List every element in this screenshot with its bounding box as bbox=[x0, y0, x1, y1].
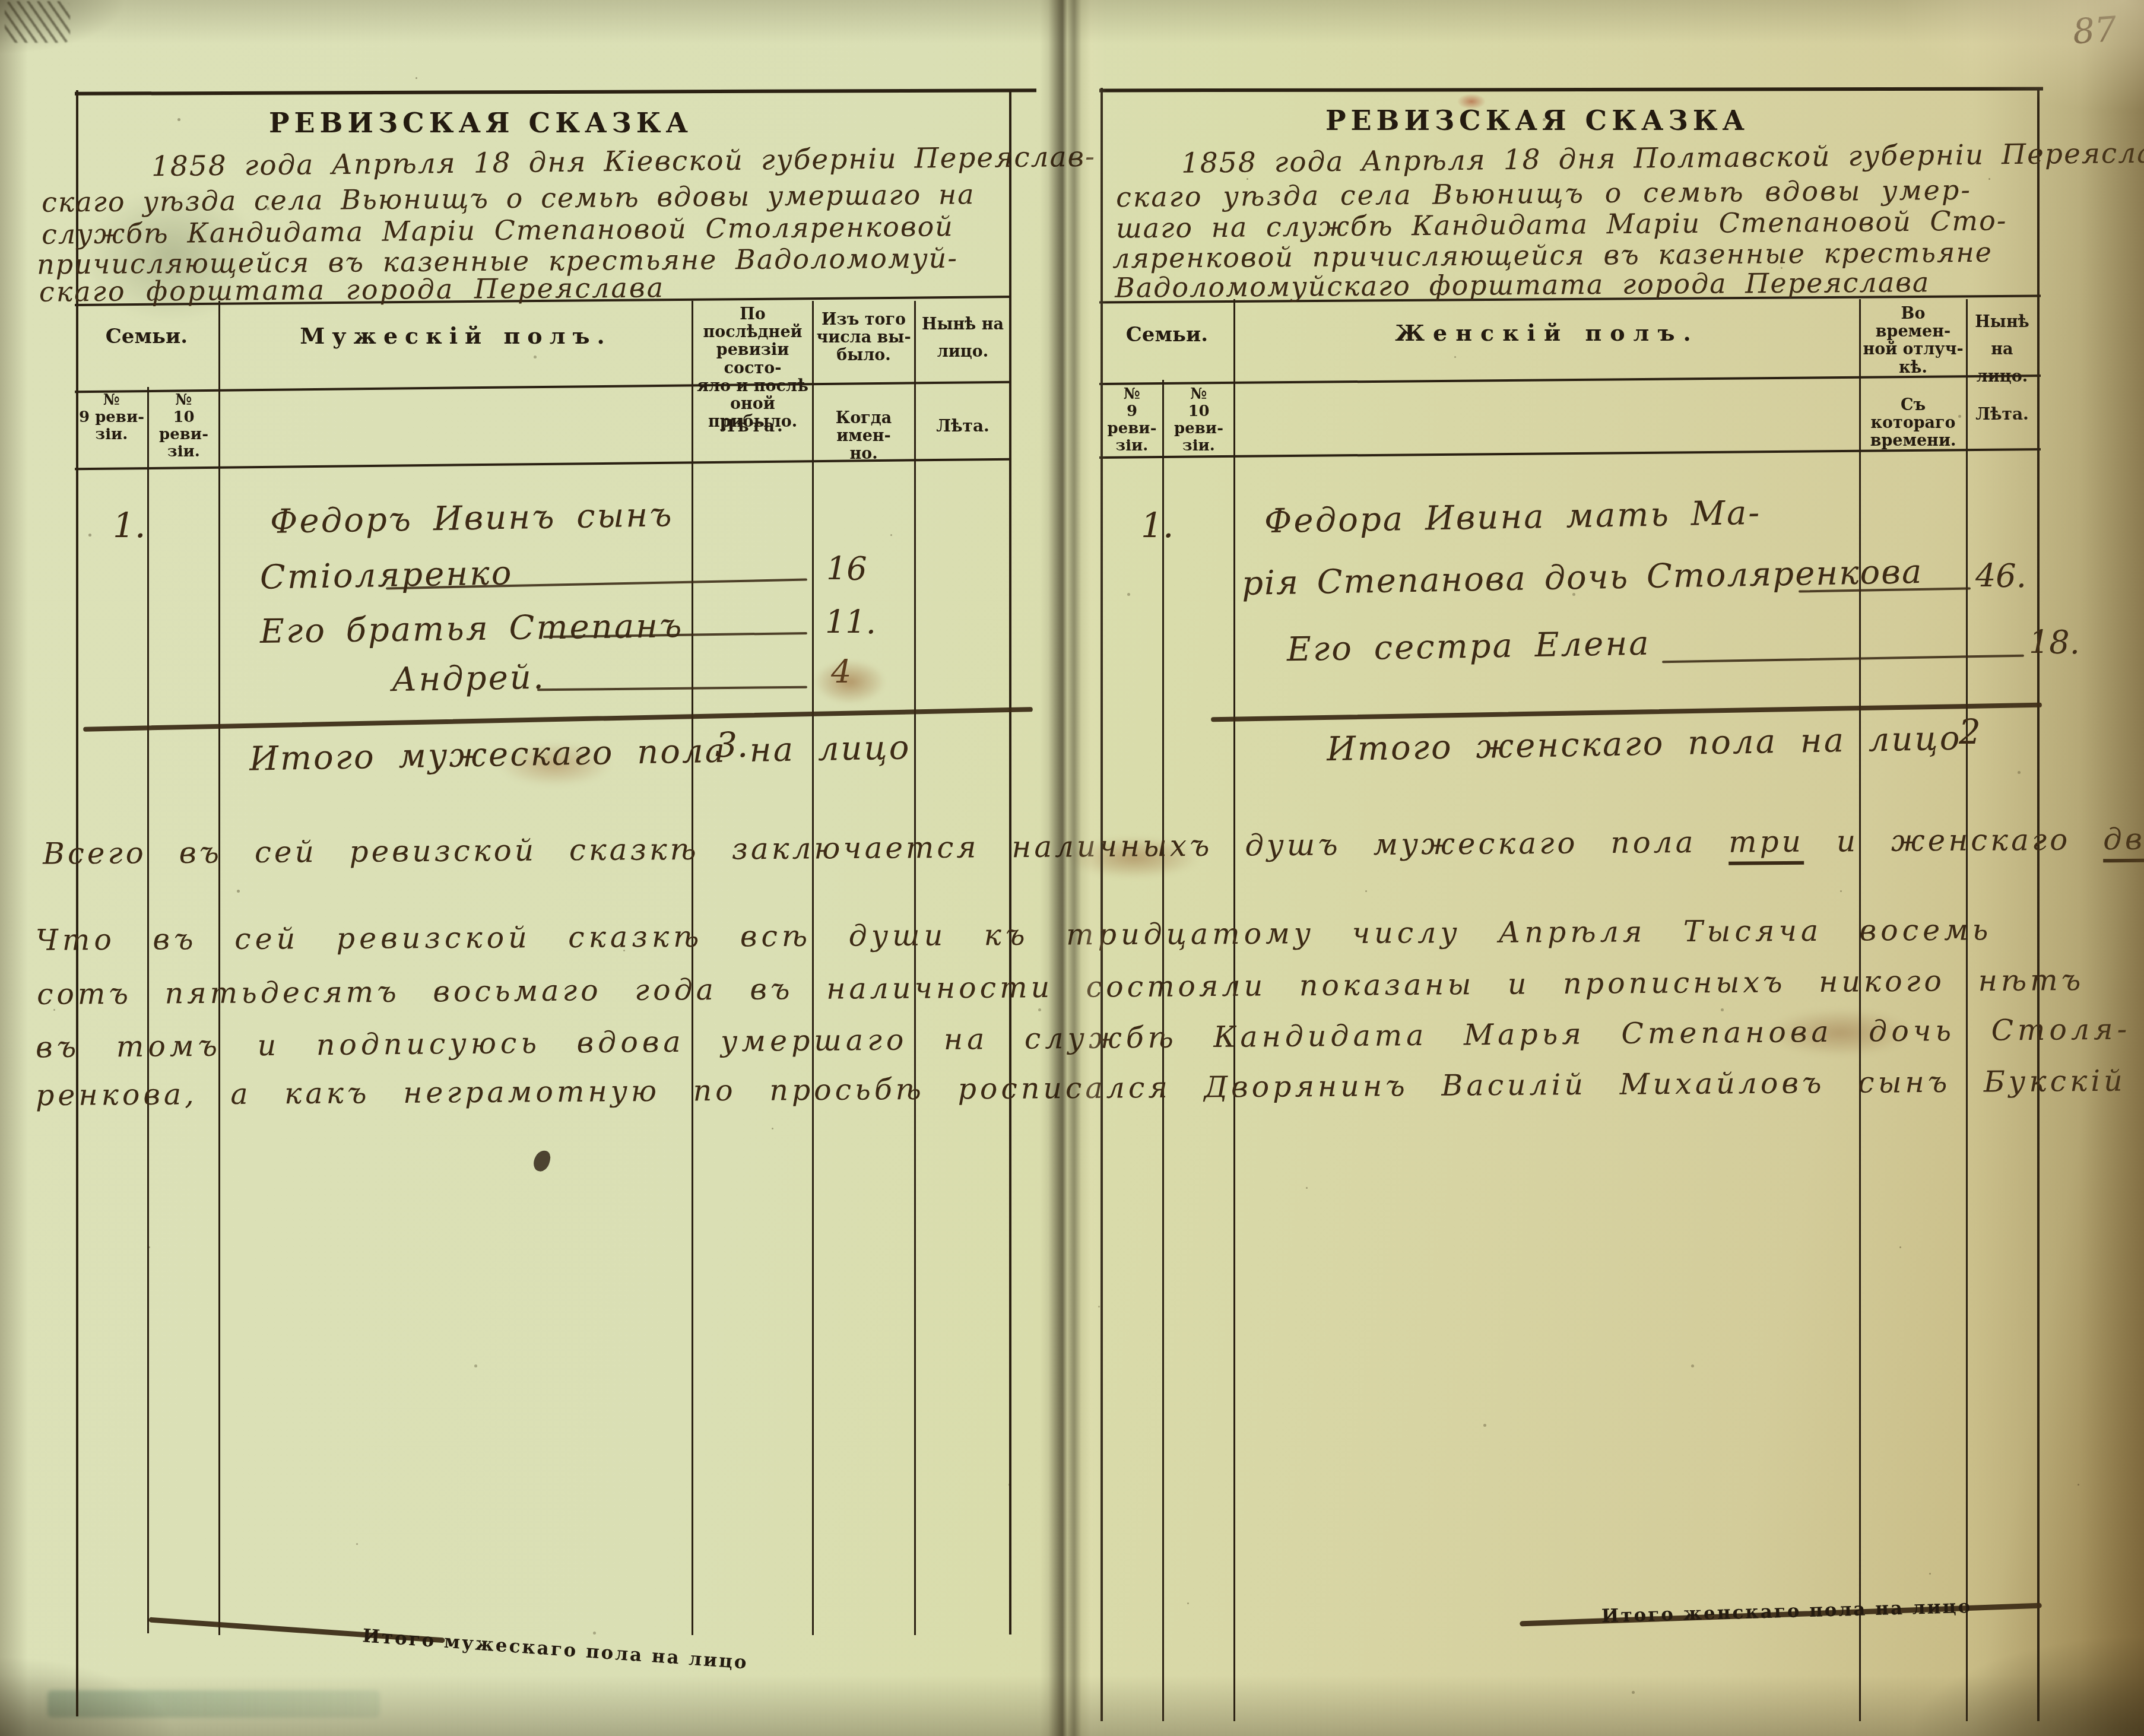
certification-line: Всего въ сей ревизской сказкѣ заключаетс… bbox=[43, 822, 2144, 871]
footer-label: Итого женскаго пола на лицо bbox=[1601, 1597, 1972, 1627]
column-subheader-leta: Лѣта. bbox=[694, 417, 811, 435]
certification-underlined-male-count: три bbox=[1728, 824, 1804, 865]
entry-name: Его сестра Елена bbox=[1286, 625, 1651, 669]
fill-line bbox=[537, 686, 807, 691]
column-header-female: Женскій полъ. bbox=[1235, 320, 1859, 346]
total-value: 3. bbox=[715, 725, 748, 765]
column-header-rev9: № 9 реви- зіи. bbox=[76, 392, 147, 443]
column-header-departed: Изъ того числа вы- было. bbox=[814, 311, 913, 365]
column-header-rev9: № 9 реви- зіи. bbox=[1102, 386, 1162, 455]
entry-age: 16 bbox=[826, 551, 867, 588]
table-line bbox=[914, 301, 916, 1635]
folio-number: 87 bbox=[2072, 9, 2118, 52]
column-header-present: Нынѣ на лицо. bbox=[916, 311, 1009, 366]
table-line bbox=[1859, 299, 1861, 1721]
certification-line: въ томъ и подписуюсь вдова умершаго на с… bbox=[36, 1013, 2132, 1065]
column-header-rev10: № 10 реви- зіи. bbox=[149, 392, 218, 461]
entry-name: Его братья Степанъ bbox=[260, 607, 684, 651]
column-header-present: Нынѣ на лицо. bbox=[1968, 309, 2036, 391]
column-header-family: Семьи. bbox=[75, 325, 218, 348]
entry-name: Федора Ивина мать Ма- bbox=[1264, 494, 1762, 541]
table-line bbox=[692, 301, 693, 1635]
corner-scribble bbox=[5, 1, 70, 43]
scanned-revision-list: 87 РЕВИЗСКАЯ СКАЗКА 1858 года Апрѣля 18 … bbox=[0, 0, 2144, 1736]
column-subheader-leta: Лѣта. bbox=[916, 417, 1009, 435]
table-line bbox=[2037, 88, 2040, 1721]
paper-speckles bbox=[0, 0, 2, 2]
certification-line: Что въ сей ревизской сказкѣ всѣ души къ … bbox=[36, 913, 1993, 957]
total-label: Итого женскаго пола на лицо bbox=[1327, 720, 1962, 769]
total-rule bbox=[83, 707, 1033, 732]
table-line bbox=[1966, 299, 1968, 1721]
table-line bbox=[1099, 87, 2043, 93]
fill-line bbox=[1662, 655, 2024, 664]
page-title: РЕВИЗСКАЯ СКАЗКА bbox=[249, 108, 712, 139]
header-line: 1858 года Апрѣля 18 дня Кіевской губерні… bbox=[151, 141, 1096, 183]
column-subheader-since: Съ котораго времени. bbox=[1861, 396, 1965, 450]
entry-age: 11. bbox=[825, 604, 876, 641]
column-header-last-revision: По послѣдней ревизіи состо- яло и послѣ … bbox=[694, 306, 811, 431]
table-line bbox=[75, 88, 1036, 96]
column-subheader-when: Когда имен- но. bbox=[814, 410, 913, 464]
certification-text: Всего въ сей ревизской сказкѣ заключаетс… bbox=[43, 825, 1696, 871]
column-header-family: Семьи. bbox=[1100, 323, 1233, 346]
footer-label: Итого мужескаго пола на лицо bbox=[362, 1626, 749, 1673]
column-subheader-leta: Лѣта. bbox=[1968, 405, 2036, 423]
page-title: РЕВИЗСКАЯ СКАЗКА bbox=[1306, 106, 1769, 137]
certification-text: и женскаго bbox=[1837, 823, 2071, 859]
table-line bbox=[812, 301, 814, 1635]
certification-underlined-female-count: двѣ bbox=[2103, 821, 2144, 862]
header-line: скаго форштата города Переяслава bbox=[39, 272, 665, 307]
certification-line: ренкова, а какъ неграмотную по просьбѣ р… bbox=[36, 1065, 2126, 1113]
column-header-male: Мужескій полъ. bbox=[220, 323, 692, 349]
header-line: 1858 года Апрѣля 18 дня Полтавской губер… bbox=[1181, 137, 2144, 180]
entry-name: Федоръ Ивинъ сынъ bbox=[269, 496, 674, 541]
entry-age: 4 bbox=[831, 654, 851, 691]
entry-age: 46. bbox=[1975, 558, 2026, 595]
header-line: Вадоломомуйскаго форштата города Переясл… bbox=[1115, 266, 1930, 303]
column-header-absence: Во времен- ной отлуч- кѣ. bbox=[1861, 305, 1965, 377]
table-line bbox=[1233, 299, 1235, 1721]
column-header-rev10: № 10 реви- зіи. bbox=[1164, 386, 1233, 455]
stamp-remnant bbox=[47, 1690, 380, 1718]
family-number: 1. bbox=[1141, 506, 1174, 545]
family-number: 1. bbox=[113, 506, 145, 545]
ink-blot bbox=[532, 1148, 552, 1173]
entry-name: Андрей. bbox=[391, 659, 545, 700]
certification-line: сотъ пятьдесятъ восьмаго года въ налично… bbox=[37, 964, 2085, 1011]
total-rule bbox=[1211, 703, 2042, 722]
table-line bbox=[218, 301, 220, 1635]
entry-name: рія Степанова дочь Столяренкова bbox=[1242, 553, 1923, 603]
entry-age: 18. bbox=[2029, 624, 2080, 661]
entry-name: Стіоляренко bbox=[259, 554, 513, 597]
total-value: 2 bbox=[1959, 712, 1981, 752]
